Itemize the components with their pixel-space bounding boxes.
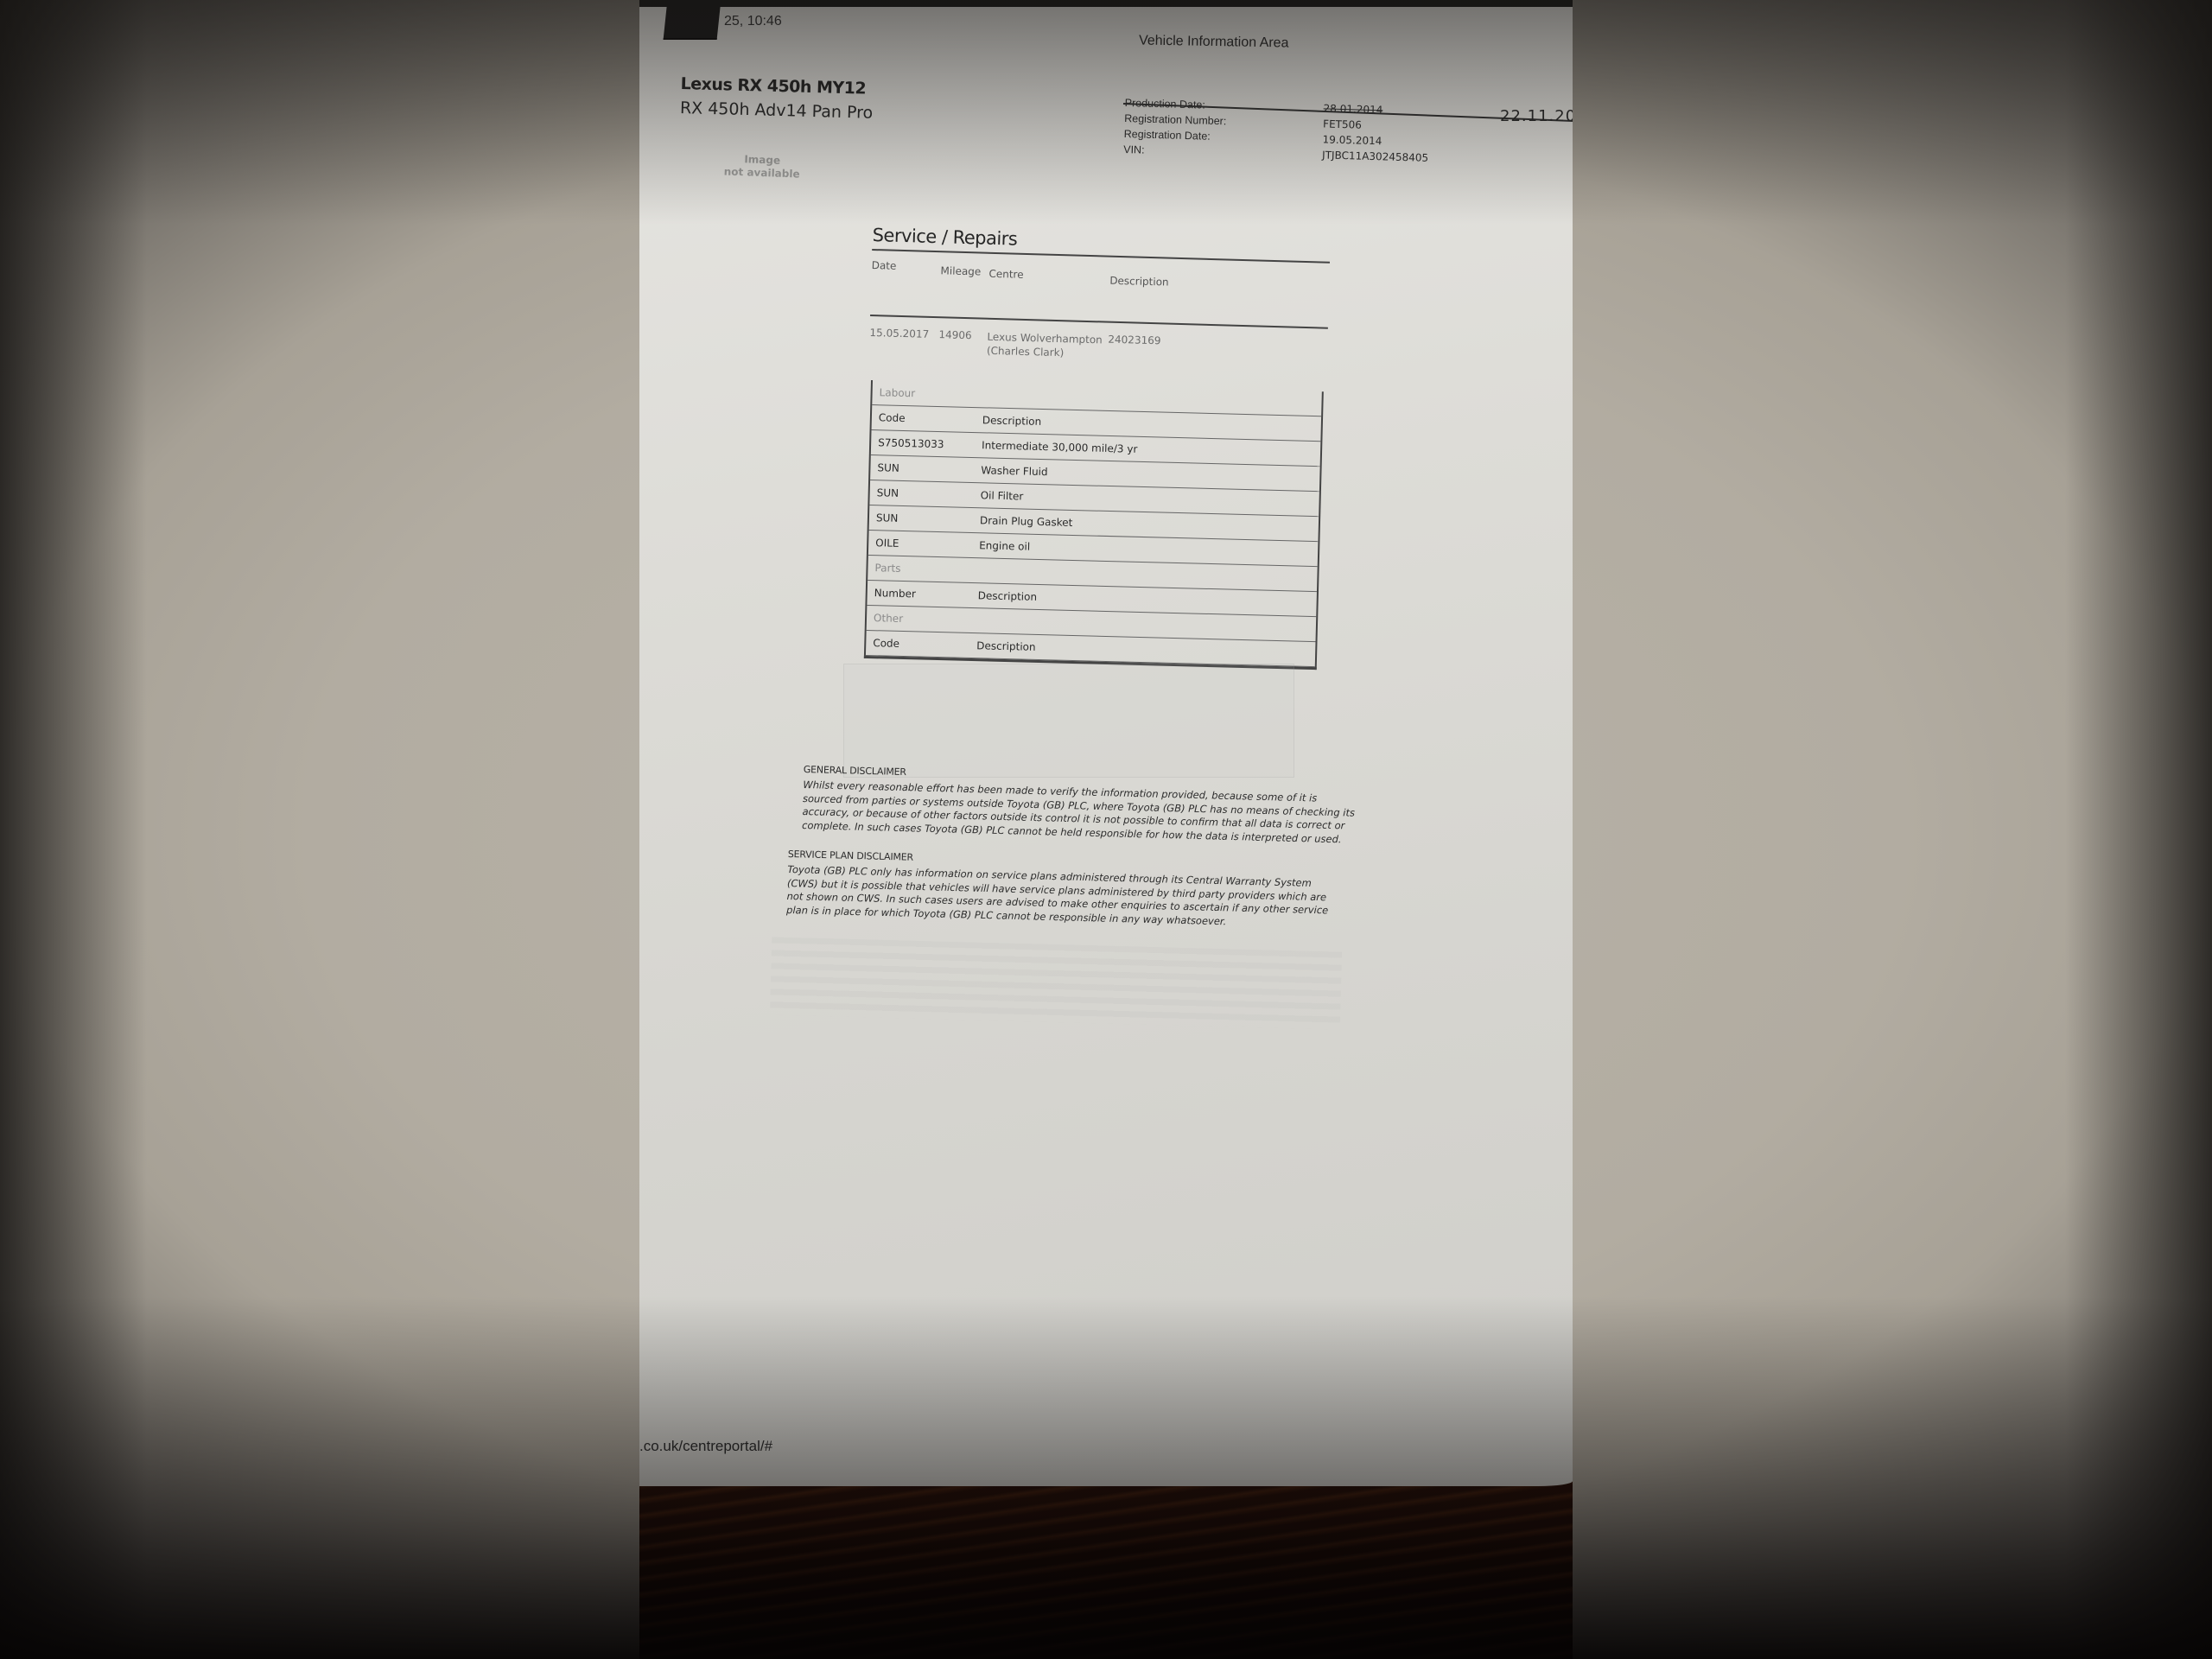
service-plan-disclaimer: SERVICE PLAN DISCLAIMER Toyota (GB) PLC … — [786, 849, 1341, 931]
service-repairs-title: Service / Repairs — [872, 225, 1331, 264]
job-details-table: LabourCodeDescriptionS750513033Intermedi… — [864, 380, 1324, 670]
binder-clip — [664, 0, 721, 40]
cell-description — [978, 570, 1317, 579]
show-through-text — [770, 937, 1342, 1029]
cell-code: Code — [879, 411, 982, 426]
cell-description: Drain Plug Gasket — [980, 514, 1319, 535]
model-variant: RX 450h Adv14 Pan Pro — [680, 99, 874, 123]
area-title: Vehicle Information Area — [1139, 33, 1289, 51]
vehicle-model: Lexus RX 450h MY12 RX 450h Adv14 Pan Pro — [680, 74, 874, 123]
wooden-table — [639, 1469, 1573, 1659]
cell-description — [983, 395, 1322, 404]
cell-code: OILE — [875, 537, 979, 551]
printed-page: 25, 10:46 Vehicle Information Area Lexus… — [639, 7, 1573, 1486]
cell-code: Code — [873, 637, 976, 652]
handwritten-date: 22.11.202 — [1500, 107, 1573, 125]
cell-code: S750513033 — [878, 436, 982, 451]
cell-description: Description — [978, 589, 1317, 610]
show-through-ghost — [843, 664, 1294, 778]
general-disclaimer: GENERAL DISCLAIMER Whilst every reasonab… — [802, 764, 1357, 847]
service-entry: 15.05.2017 14906 Lexus Wolverhampton (Ch… — [869, 327, 1328, 367]
photo-scene: 25, 10:46 Vehicle Information Area Lexus… — [0, 0, 2212, 1659]
cell-code: Labour — [879, 386, 982, 401]
cell-code: SUN — [876, 512, 980, 526]
cell-code: SUN — [877, 486, 981, 501]
cell-description: Description — [976, 639, 1315, 660]
cell-code: Parts — [874, 562, 978, 576]
service-repairs-section: Service / Repairs Date Mileage Centre De… — [869, 225, 1331, 367]
cell-description — [977, 620, 1316, 629]
print-timestamp: 25, 10:46 — [724, 14, 782, 29]
cell-description: Washer Fluid — [981, 464, 1319, 485]
document-photo: 25, 10:46 Vehicle Information Area Lexus… — [639, 0, 1573, 1659]
cell-code: Number — [874, 587, 978, 601]
cell-description: Oil Filter — [980, 489, 1319, 510]
footer-url: .co.uk/centreportal/# — [639, 1438, 772, 1455]
cell-description: Intermediate 30,000 mile/3 yr — [982, 439, 1320, 460]
image-placeholder: Image not available — [724, 152, 801, 181]
cell-code: Other — [874, 612, 977, 626]
model-name: Lexus RX 450h MY12 — [680, 74, 874, 99]
service-columns: Date Mileage Centre Description — [870, 259, 1330, 329]
cell-code: SUN — [877, 461, 981, 476]
cell-description: Engine oil — [979, 539, 1318, 560]
cell-description: Description — [982, 414, 1321, 435]
